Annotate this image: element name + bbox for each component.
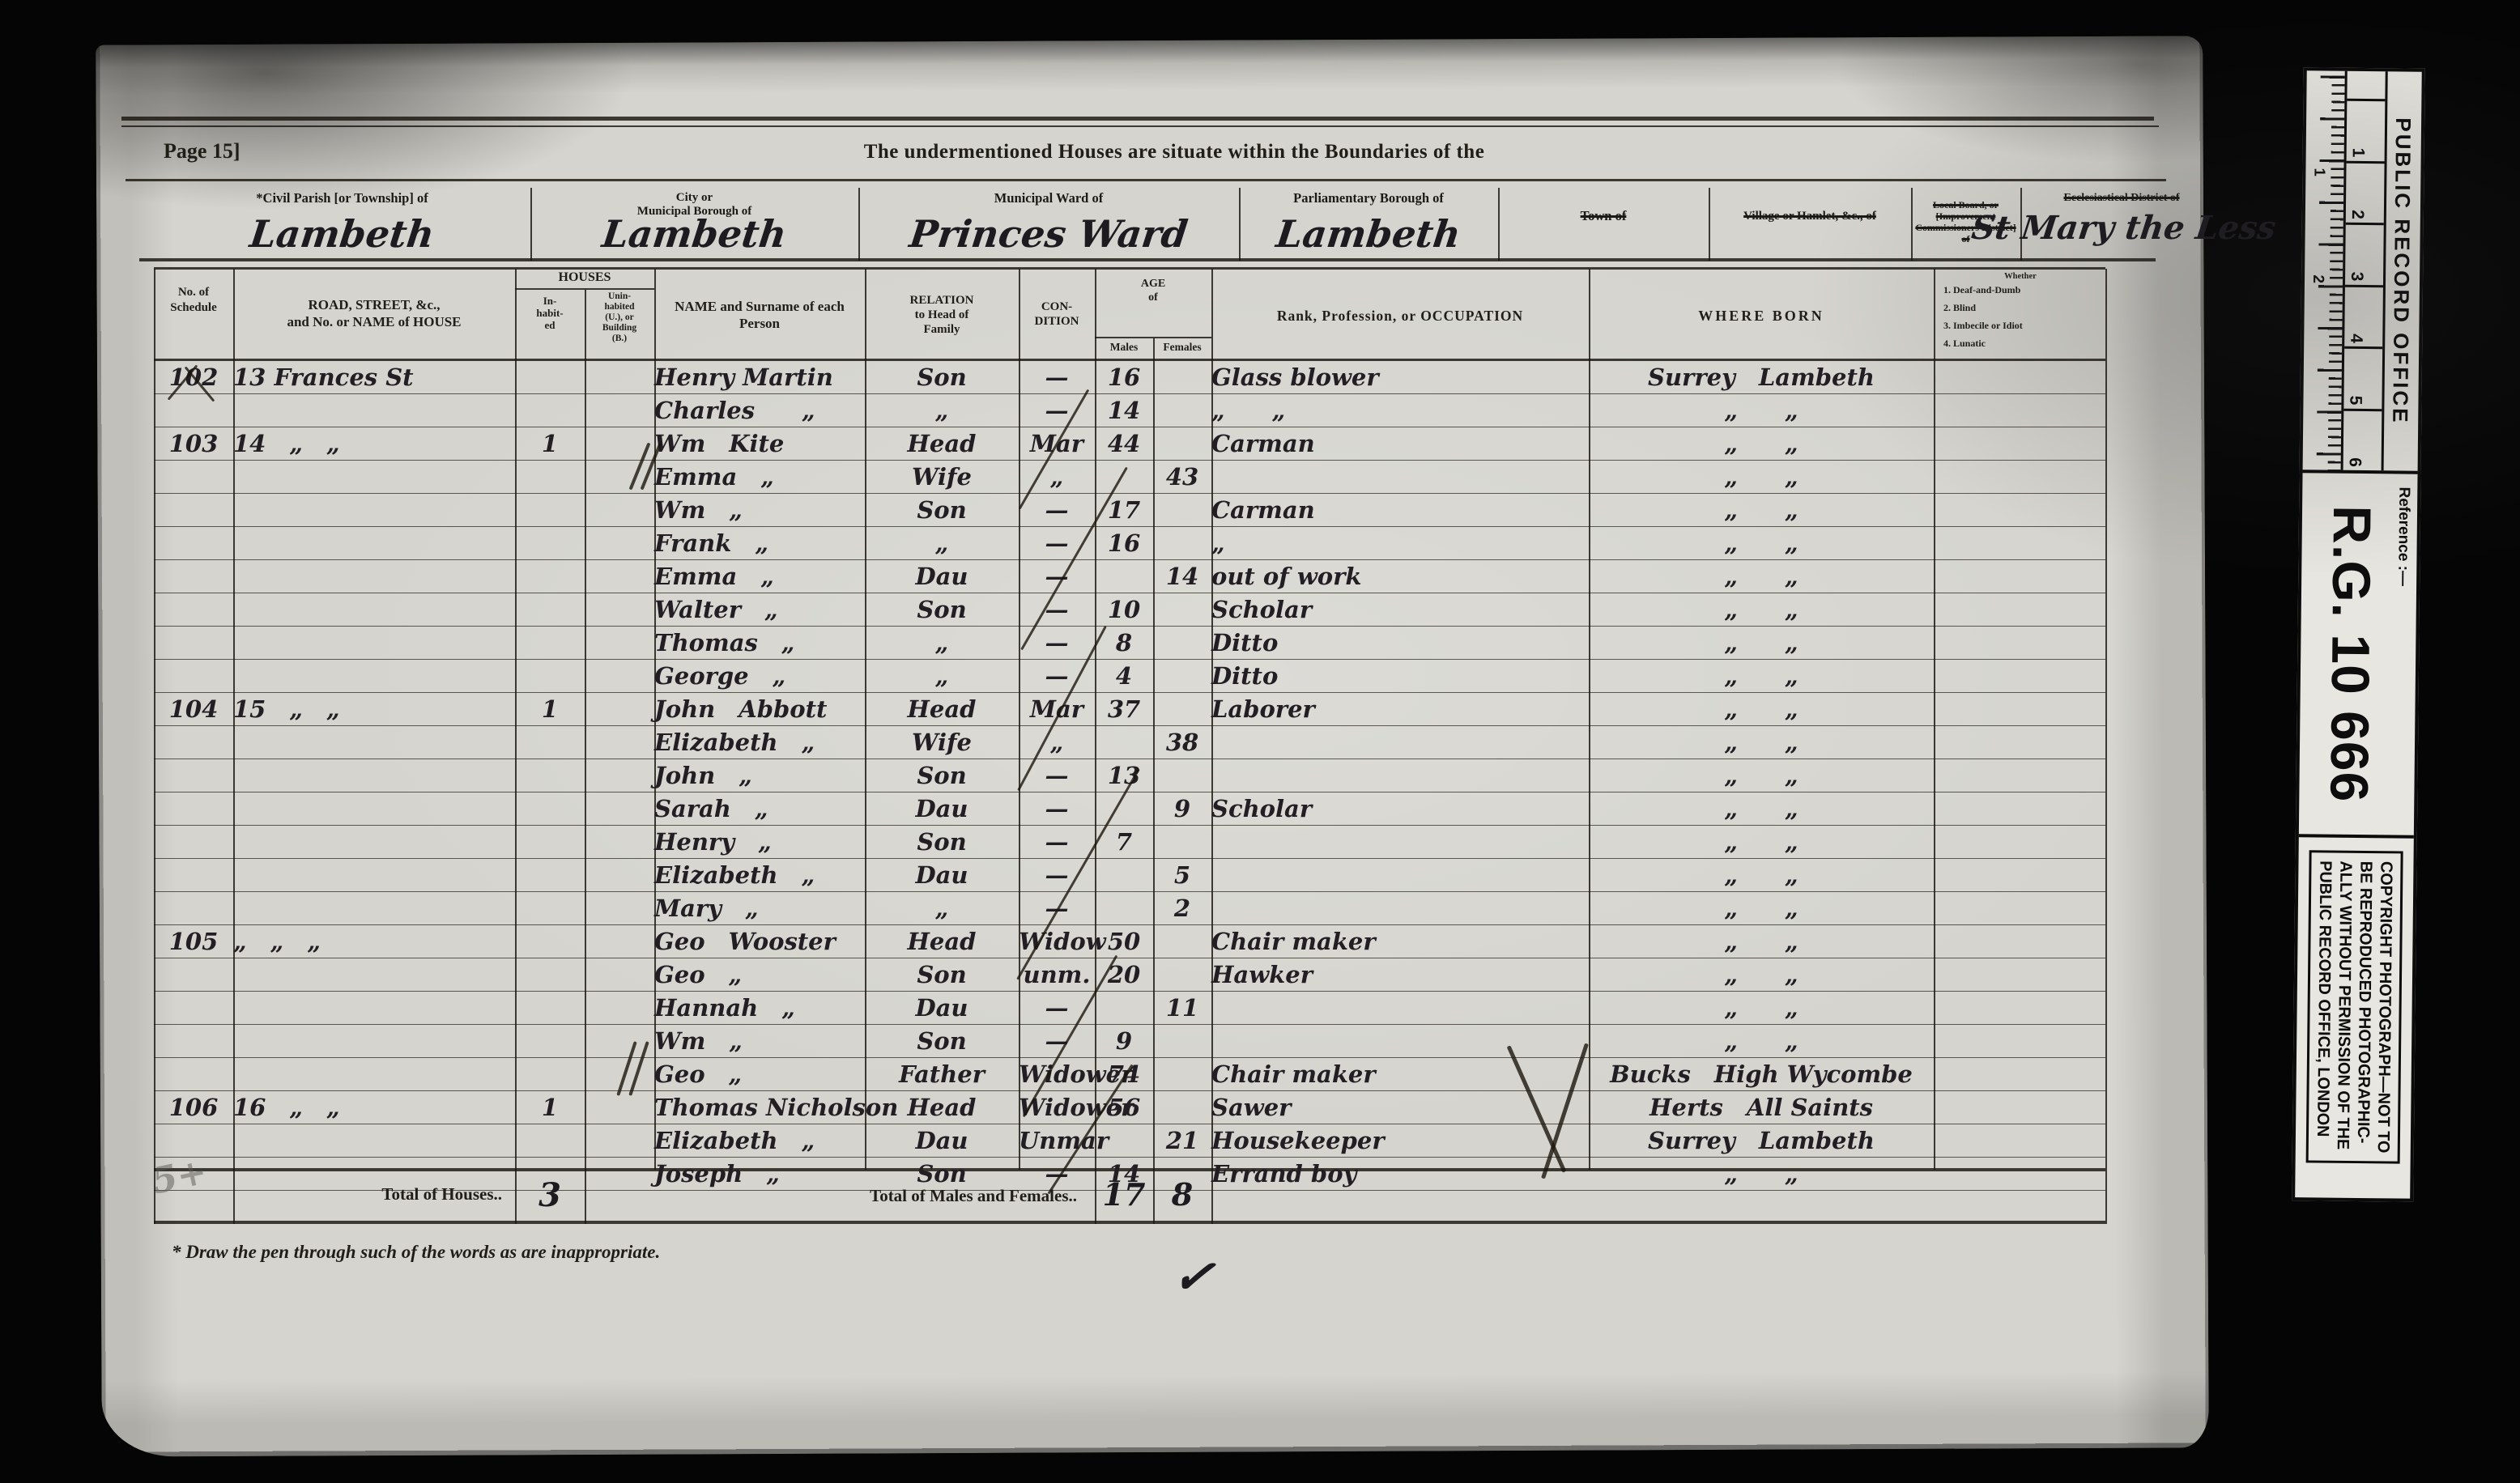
table-row: Thomas „ „ — 8 Ditto „ „ [154,627,2105,660]
pro-card-face: PUBLIC RECORD OFFICE 1 2 3 4 5 6 1 2 [2292,67,2425,1201]
cell-occupation: Chair maker [1211,925,1589,958]
cell-age-female [1153,660,1211,693]
table-row: Elizabeth „ Dau — 5 „ „ [154,859,2105,892]
cell-occupation [1211,461,1589,494]
cell-inhabited [515,527,585,560]
cell-name: Geo Wooster [654,925,865,958]
cell-name: John „ [654,759,865,792]
cell-infirmity [1934,361,2105,394]
cell-age-female [1153,1025,1211,1058]
header-infirmity-line: 4. Lunatic [1937,334,2104,352]
cell-occupation [1211,1025,1589,1058]
cell-schedule [154,992,233,1025]
cell-condition: — [1019,660,1095,693]
cell-where-born: Surrey Lambeth [1589,1124,1934,1158]
ruler-cm-cell: 3 [2345,225,2384,287]
cell-occupation [1211,859,1589,892]
cell-inhabited [515,1025,585,1058]
cell-where-born: „ „ [1589,627,1934,660]
cell-where-born: „ „ [1589,925,1934,958]
totals-row: Total of Houses.. 3 Total of Males and F… [154,1171,2105,1221]
district-value-handwritten: Princes Ward [856,212,1242,256]
page-number-label: Page 15] [164,139,241,164]
cell-age-female: 9 [1153,792,1211,826]
cell-schedule [154,859,233,892]
cell-infirmity [1934,859,2105,892]
cell-where-born: „ „ [1589,726,1934,759]
rule-line [154,1221,2105,1224]
cell-name: Henry Martin [654,361,865,394]
cell-name: George „ [654,660,865,693]
pro-card-ruler-section: PUBLIC RECORD OFFICE 1 2 3 4 5 6 1 2 [2303,70,2422,474]
cell-inhabited [515,759,585,792]
ruler-cm-cell: 4 [2344,287,2383,349]
cell-name: Geo „ [654,958,865,992]
cell-inhabited [515,627,585,660]
table-row: 105 „ „ „ Geo Wooster Head Widow 50 Chai… [154,925,2105,958]
cell-where-born: „ „ [1589,792,1934,826]
cell-age-male: 8 [1095,627,1153,660]
cell-road: „ „ „ [233,925,515,958]
cell-uninhabited [585,1091,654,1124]
district-village-hamlet: Village or Hamlet, &c., of [1709,188,1911,261]
cell-uninhabited [585,394,654,427]
table-row: Wm „ Son — 9 „ „ [154,1025,2105,1058]
rule-line [2105,269,2107,1224]
ruler-inch-number: 2 [2309,274,2326,283]
table-row: Charles „ „ — 14 „ „ „ „ [154,394,2105,427]
cell-road [233,527,515,560]
form-title: The undermentioned Houses are situate wi… [567,141,1781,164]
cell-infirmity [1934,925,2105,958]
cell-infirmity [1934,726,2105,759]
cell-road: 15 „ „ [233,693,515,726]
header-inhabited: In- habit- ed [515,295,585,331]
district-municipal-borough: City or Municipal Borough of Lambeth [530,188,858,261]
cell-age-female [1153,427,1211,461]
total-females-value: 8 [1153,1176,1211,1213]
cell-inhabited: 1 [515,1091,585,1124]
header-occupation: Rank, Profession, or OCCUPATION [1211,308,1589,325]
cell-condition: Widower [1019,1091,1095,1124]
cell-condition: — [1019,627,1095,660]
total-males-females-label: Total of Males and Females.. [607,1186,1077,1206]
cell-uninhabited [585,826,654,859]
cell-inhabited [515,560,585,593]
cell-age-male [1095,792,1153,826]
cell-age-female [1153,759,1211,792]
cell-relation: Wife [865,461,1019,494]
cell-road: 14 „ „ [233,427,515,461]
cell-schedule [154,892,233,925]
cell-where-born: „ „ [1589,593,1934,627]
cell-relation: Head [865,925,1019,958]
cell-relation: Dau [865,992,1019,1025]
cell-uninhabited [585,759,654,792]
cell-age-female [1153,627,1211,660]
cell-name: Henry „ [654,826,865,859]
cell-infirmity [1934,527,2105,560]
cell-uninhabited [585,992,654,1025]
cell-where-born: „ „ [1589,958,1934,992]
cell-name: Wm Kite [654,427,865,461]
cell-condition: — [1019,527,1095,560]
cell-age-female: 11 [1153,992,1211,1025]
cell-name: Geo „ [654,1058,865,1091]
cell-name: Walter „ [654,593,865,627]
cell-uninhabited [585,792,654,826]
cell-uninhabited [585,859,654,892]
cell-road [233,958,515,992]
cell-age-male: 44 [1095,427,1153,461]
header-uninhabited: Unin- habited (U.), or Building (B.) [585,291,654,344]
cell-where-born: „ „ [1589,859,1934,892]
cell-age-male: 9 [1095,1025,1153,1058]
cell-inhabited [515,461,585,494]
header-infirmity-line: 3. Imbecile or Idiot [1937,317,2104,334]
cell-road [233,892,515,925]
ruler-inch-number: 1 [2309,168,2327,176]
cell-condition: — [1019,1025,1095,1058]
copyright-line: ALLY WITHOUT PERMISSION OF THE [2333,860,2356,1153]
cell-relation: „ [865,627,1019,660]
cell-road [233,992,515,1025]
cell-uninhabited [585,427,654,461]
cell-name: Hannah „ [654,992,865,1025]
total-houses-value: 3 [515,1176,585,1214]
rule-line [121,117,2154,121]
district-label-struck: Town of [1498,188,1709,223]
cell-schedule: 105 [154,925,233,958]
cell-age-female: 38 [1153,726,1211,759]
cell-schedule: 104 [154,693,233,726]
cell-occupation: „ [1211,527,1589,560]
rule-line [121,125,2159,127]
cell-where-born: „ „ [1589,560,1934,593]
cell-condition: — [1019,826,1095,859]
cell-condition: Widow [1019,925,1095,958]
cell-where-born: „ „ [1589,892,1934,925]
table-row: Wm „ Son — 17 Carman „ „ [154,494,2105,527]
cell-inhabited [515,792,585,826]
cell-infirmity [1934,759,2105,792]
cell-inhabited [515,660,585,693]
cell-occupation: Ditto [1211,660,1589,693]
cell-inhabited [515,892,585,925]
cell-uninhabited [585,892,654,925]
cell-age-female: 21 [1153,1124,1211,1158]
cell-age-female: 5 [1153,859,1211,892]
check-mark: ✓ [1169,1244,1217,1307]
cell-condition: „ [1019,461,1095,494]
cell-occupation: Carman [1211,494,1589,527]
cell-age-male: 17 [1095,494,1153,527]
cell-name: Thomas Nicholson [654,1091,865,1124]
cell-uninhabited [585,461,654,494]
table-row: 103 14 „ „ 1 Wm Kite Head Mar 44 Carman … [154,427,2105,461]
table-row: 104 15 „ „ 1 John Abbott Head Mar 37 Lab… [154,693,2105,726]
cell-condition: Mar [1019,693,1095,726]
district-parliamentary-borough: Parliamentary Borough of Lambeth [1239,188,1498,261]
cell-relation: Son [865,826,1019,859]
header-age-males: Males [1095,341,1153,354]
cell-schedule [154,1025,233,1058]
cell-age-female: 2 [1153,892,1211,925]
scanned-census-page: Page 15] The undermentioned Houses are s… [0,0,2520,1483]
cell-infirmity [1934,461,2105,494]
ruler-cm-lead [2347,71,2385,101]
header-age: AGE of [1095,277,1211,304]
cell-infirmity [1934,494,2105,527]
cell-age-female [1153,494,1211,527]
copyright-notice: COPYRIGHT PHOTOGRAPH—NOT TO BE REPRODUCE… [2306,850,2403,1163]
cell-where-born: „ „ [1589,1025,1934,1058]
cell-age-female [1153,925,1211,958]
cell-schedule: 102 [154,361,233,394]
cell-where-born: „ „ [1589,992,1934,1025]
cell-where-born: „ „ [1589,494,1934,527]
cell-occupation: Housekeeper [1211,1124,1589,1158]
cell-relation: Dau [865,1124,1019,1158]
cell-inhabited [515,992,585,1025]
cell-schedule [154,560,233,593]
cell-age-female [1153,593,1211,627]
cell-schedule [154,660,233,693]
cell-infirmity [1934,892,2105,925]
cell-occupation [1211,726,1589,759]
cell-schedule [154,726,233,759]
cell-schedule [154,1058,233,1091]
cell-schedule [154,394,233,427]
cell-condition: — [1019,892,1095,925]
cell-condition: — [1019,859,1095,892]
table-row: George „ „ — 4 Ditto „ „ [154,660,2105,693]
ruler-cm-cell: 6 [2343,410,2382,470]
district-value-handwritten: St Mary the Less [1969,209,2225,247]
cell-infirmity [1934,1124,2105,1158]
cell-infirmity [1934,660,2105,693]
district-value-handwritten: Lambeth [528,212,862,256]
rule-line [154,267,2105,270]
cell-inhabited [515,494,585,527]
cell-road [233,726,515,759]
ruler-tick-scale: 1 2 [2302,70,2345,470]
cell-inhabited [515,726,585,759]
cell-road [233,627,515,660]
cell-relation: Dau [865,792,1019,826]
cell-uninhabited [585,361,654,394]
cell-schedule: 106 [154,1091,233,1124]
cell-age-male [1095,992,1153,1025]
cell-infirmity [1934,1091,2105,1124]
cell-name: Sarah „ [654,792,865,826]
cell-age-female: 14 [1153,560,1211,593]
district-value-handwritten: Lambeth [151,212,534,256]
cell-condition: — [1019,361,1095,394]
cell-uninhabited [585,1058,654,1091]
ruler-cm-cell: 5 [2343,349,2382,411]
cell-relation: „ [865,527,1019,560]
cell-age-male [1095,859,1153,892]
cell-name: John Abbott [654,693,865,726]
cell-condition: — [1019,394,1095,427]
district-label-struck: Village or Hamlet, &c., of [1709,188,1911,223]
cell-infirmity [1934,958,2105,992]
cell-relation: Son [865,494,1019,527]
cell-infirmity [1934,1058,2105,1091]
cell-where-born: „ „ [1589,461,1934,494]
total-houses-label: Total of Houses.. [202,1184,502,1205]
cell-relation: Father [865,1058,1019,1091]
cell-age-female [1153,1091,1211,1124]
ruler-cm-cell: 2 [2346,163,2385,225]
cell-uninhabited [585,693,654,726]
table-row: Henry „ Son — 7 „ „ [154,826,2105,859]
census-table: 102 13 Frances St Henry Martin Son — 16 … [154,361,2105,1191]
cell-inhabited [515,1124,585,1158]
cell-age-male: 13 [1095,759,1153,792]
rule-line [126,179,2166,181]
cell-condition: — [1019,593,1095,627]
cell-occupation [1211,826,1589,859]
cell-uninhabited [585,494,654,527]
cell-age-male [1095,560,1153,593]
copyright-line: BE REPRODUCED PHOTOGRAPHIC- [2353,861,2377,1154]
cell-age-female [1153,958,1211,992]
cell-age-female [1153,361,1211,394]
table-row: Geo „ Son unm. 20 Hawker „ „ [154,958,2105,992]
cell-name: Elizabeth „ [654,859,865,892]
cell-schedule: 103 [154,427,233,461]
table-row: Frank „ „ — 16 „ „ „ [154,527,2105,560]
cell-uninhabited [585,593,654,627]
cell-occupation: Laborer [1211,693,1589,726]
table-row: Hannah „ Dau — 11 „ „ [154,992,2105,1025]
cell-road [233,394,515,427]
cell-road [233,494,515,527]
cell-condition: Widower [1019,1058,1095,1091]
pro-office-title: PUBLIC RECORD OFFICE [2382,71,2422,470]
table-row: Geo „ Father Widower 74 Chair maker Buck… [154,1058,2105,1091]
cell-schedule [154,593,233,627]
cell-occupation [1211,992,1589,1025]
cell-condition: — [1019,792,1095,826]
table-row: Mary „ „ — 2 „ „ [154,892,2105,925]
cell-condition: unm. [1019,958,1095,992]
cell-uninhabited [585,660,654,693]
cell-name: Charles „ [654,394,865,427]
table-row: Elizabeth „ Dau Unmar 21 Housekeeper Sur… [154,1124,2105,1158]
cell-road [233,461,515,494]
district-label: Parliamentary Borough of [1239,188,1498,206]
cell-relation: Dau [865,859,1019,892]
pro-card-reference-section: Reference :— R.G. 10 666 [2299,473,2418,838]
header-name-surname: NAME and Surname of each Person [654,298,865,332]
header-where-born: WHERE BORN [1589,308,1934,325]
district-municipal-ward: Municipal Ward of Princes Ward [858,188,1239,261]
cell-schedule [154,826,233,859]
cell-condition: — [1019,494,1095,527]
cell-relation: Son [865,361,1019,394]
footnote: * Draw the pen through such of the words… [172,1242,660,1263]
cell-where-born: „ „ [1589,660,1934,693]
cell-inhabited [515,361,585,394]
header-infirmity-line: 1. Deaf-and-Dumb [1937,281,2104,299]
cell-relation: Son [865,1025,1019,1058]
cell-road [233,1025,515,1058]
cell-infirmity [1934,826,2105,859]
table-row: Sarah „ Dau — 9 Scholar „ „ [154,792,2105,826]
cell-age-male [1095,726,1153,759]
district-label: Municipal Ward of [858,188,1239,206]
cell-schedule [154,792,233,826]
cell-name: Elizabeth „ [654,1124,865,1158]
cell-road [233,759,515,792]
cell-age-female: 43 [1153,461,1211,494]
cell-inhabited [515,593,585,627]
cell-road [233,660,515,693]
cell-relation: Dau [865,560,1019,593]
cell-occupation: Carman [1211,427,1589,461]
ruler-cm-scale: 1 2 3 4 5 6 [2341,71,2386,470]
cell-relation: „ [865,660,1019,693]
cell-where-born: „ „ [1589,394,1934,427]
cell-inhabited [515,958,585,992]
cell-occupation: Sawer [1211,1091,1589,1124]
cell-age-female [1153,1058,1211,1091]
cell-name: Wm „ [654,494,865,527]
district-ecclesiastical: Ecclesiastical District of St Mary the L… [2020,188,2223,261]
header-age-females: Females [1153,341,1211,354]
district-label: *Civil Parish [or Township] of [154,188,530,206]
cell-uninhabited [585,527,654,560]
district-value-handwritten: Lambeth [1237,212,1501,256]
cell-infirmity [1934,394,2105,427]
cell-relation: Son [865,593,1019,627]
table-row: 106 16 „ „ 1 Thomas Nicholson Head Widow… [154,1091,2105,1124]
cell-inhabited [515,859,585,892]
cell-age-male: 37 [1095,693,1153,726]
pro-card-copyright-section: COPYRIGHT PHOTOGRAPH—NOT TO BE REPRODUCE… [2295,837,2414,1198]
cell-relation: Head [865,693,1019,726]
cell-occupation: Chair maker [1211,1058,1589,1091]
cell-occupation: out of work [1211,560,1589,593]
cell-where-born: „ „ [1589,427,1934,461]
cell-road: 16 „ „ [233,1091,515,1124]
cell-relation: Son [865,958,1019,992]
cell-inhabited [515,1058,585,1091]
cell-age-male: 7 [1095,826,1153,859]
cell-condition: — [1019,759,1095,792]
cell-relation: Head [865,427,1019,461]
ruler-cm-cell: 1 [2347,101,2386,164]
cell-inhabited: 1 [515,693,585,726]
cell-where-born: „ „ [1589,527,1934,560]
header-infirmity-line: Whether [1937,272,2104,281]
cell-condition: — [1019,992,1095,1025]
cell-road [233,560,515,593]
header-condition: CON- DITION [1019,300,1095,329]
cell-condition: — [1019,560,1095,593]
cell-inhabited [515,394,585,427]
cell-name: Emma „ [654,560,865,593]
cell-occupation: „ „ [1211,394,1589,427]
cell-relation: „ [865,394,1019,427]
cell-infirmity [1934,560,2105,593]
reference-number: R.G. 10 666 [2318,473,2384,835]
cell-age-female [1153,826,1211,859]
cell-infirmity [1934,1025,2105,1058]
